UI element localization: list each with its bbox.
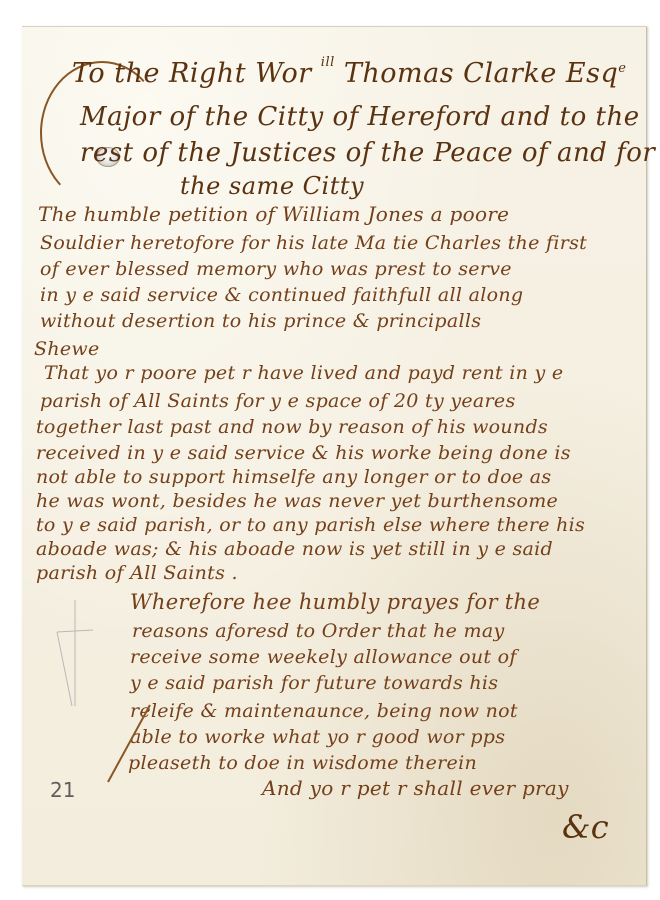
closing-line: And yo r pet r shall ever pray [262,776,569,800]
address-line-4: the same Citty [180,172,364,200]
address-line-1: To the Right Wor ill Thomas Clarke Esqe [72,58,626,89]
body-line-10: received in y e said service & his worke… [36,442,571,464]
pencil-cross-mark [55,600,95,710]
body-line-5: without desertion to his prince & princi… [40,310,481,332]
addressee-suffix: e [618,61,626,76]
descender-flourish [100,700,160,790]
prayer-line-4: y e said parish for future towards his [130,672,498,694]
address-line-2: Major of the Citty of Hereford and to th… [80,102,640,132]
body-line-3: of ever blessed memory who was prest to … [40,258,512,280]
body-line-14: aboade was; & his aboade now is yet stil… [36,538,553,560]
body-line-13: to y e said parish, or to any parish els… [36,514,585,536]
body-line-4: in y e said service & continued faithful… [40,284,523,306]
address-superscript: ill [321,55,335,70]
body-line-1: The humble petition of William Jones a p… [38,202,509,226]
body-line-15: parish of All Saints . [36,562,238,584]
prayer-line-7: pleaseth to doe in wisdome therein [128,752,477,774]
body-line-8: parish of All Saints for y e space of 20… [40,390,516,412]
prayer-line-3: receive some weekely allowance out of [130,646,517,668]
address-salutation: To the Right Wor [72,58,312,89]
prayer-line-1: Wherefore hee humbly prayes for the [130,590,540,614]
body-line-2: Souldier heretofore for his late Ma tie … [40,232,587,254]
prayer-line-6: able to worke what yo r good wor pps [130,726,505,748]
address-line-3: rest of the Justices of the Peace of and… [80,138,655,168]
prayer-line-2: reasons aforesd to Order that he may [132,620,505,642]
body-line-11: not able to support himselfe any longer … [36,466,551,488]
prayer-line-5: releife & maintenaunce, being now not [130,700,518,722]
body-line-12: he was wont, besides he was never yet bu… [36,490,558,512]
body-shewe: Shewe [34,338,100,360]
body-line-9: together last past and now by reason of … [36,416,548,438]
body-line-7: That yo r poore pet r have lived and pay… [44,362,563,384]
signature-mark: &c [562,808,609,846]
addressee-name: Thomas Clarke Esq [344,58,618,89]
margin-folio-number: 21 [50,778,75,802]
